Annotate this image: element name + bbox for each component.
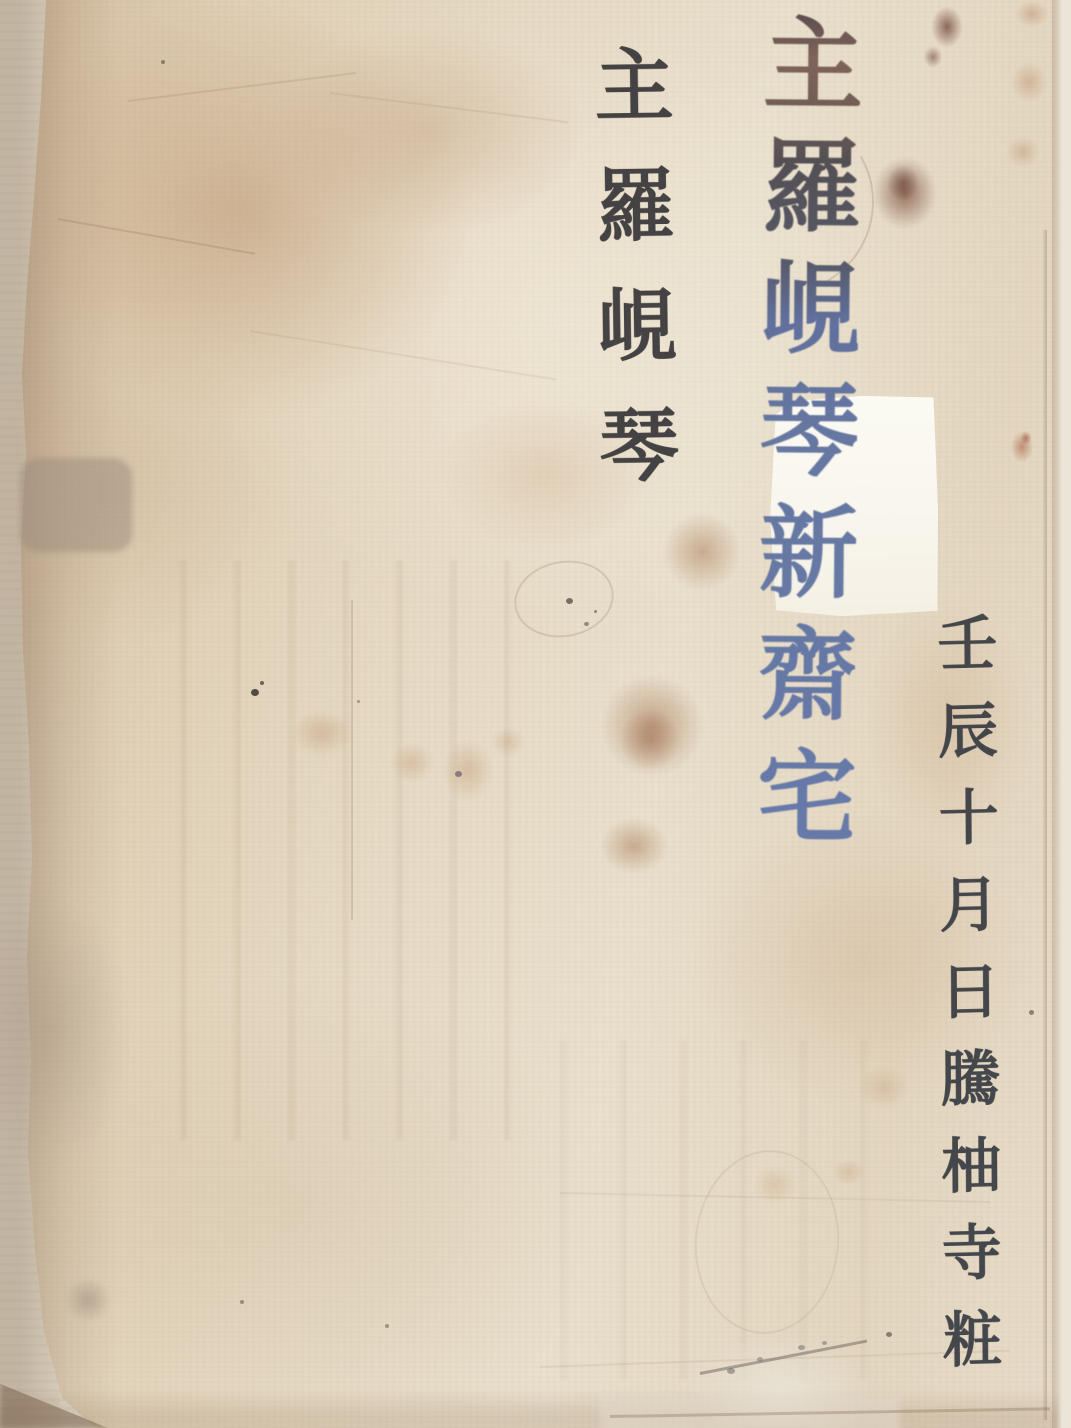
manuscript-photo: 主羅峴琴新齋宅 主羅峴琴 壬辰十月日騰柚寺粧 <box>0 0 1071 1428</box>
paste-patch <box>769 395 939 617</box>
paper-sheet <box>0 0 1071 1428</box>
